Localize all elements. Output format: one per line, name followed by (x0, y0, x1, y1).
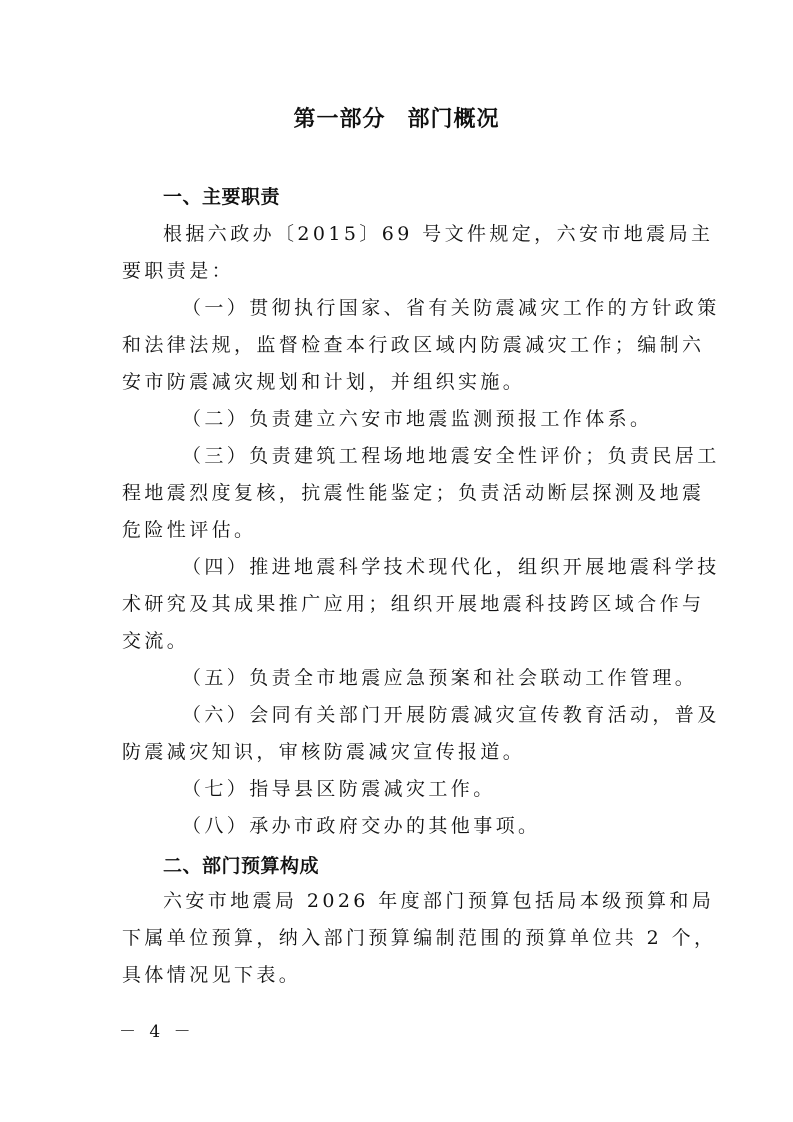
paragraph-line: 要职责是： (122, 259, 682, 283)
paragraph-line: 根据六政办〔2015〕69 号文件规定，六安市地震局主 (163, 222, 723, 246)
paragraph-line: 程地震烈度复核，抗震性能鉴定；负责活动断层探测及地震 (122, 481, 682, 505)
paragraph-line: 交流。 (122, 629, 682, 653)
section-heading-budget-structure: 二、部门预算构成 (163, 851, 319, 878)
paragraph-line: 六安市地震局 2026 年度部门预算包括局本级预算和局 (163, 889, 723, 913)
paragraph-line: （八）承办市政府交办的其他事项。 (182, 814, 742, 838)
page-number: － 4 － (119, 1017, 195, 1042)
paragraph-line: （四）推进地震科学技术现代化，组织开展地震科学技 (182, 555, 742, 579)
title-part: 第一部分 (293, 107, 385, 132)
paragraph-line: 和法律法规，监督检查本行政区域内防震减灾工作；编制六 (122, 333, 682, 357)
paragraph-line: 防震减灾知识，审核防震减灾宣传报道。 (122, 740, 682, 764)
paragraph-line: 下属单位预算，纳入部门预算编制范围的预算单位共 2 个， (122, 926, 682, 950)
paragraph-line: （二）负责建立六安市地震监测预报工作体系。 (182, 407, 742, 431)
paragraph-line: 具体情况见下表。 (122, 963, 682, 987)
paragraph-line: （五）负责全市地震应急预案和社会联动工作管理。 (182, 666, 742, 690)
title-name: 部门概况 (408, 107, 500, 132)
paragraph-line: 安市防震减灾规划和计划，并组织实施。 (122, 370, 682, 394)
paragraph-line: 术研究及其成果推广应用；组织开展地震科技跨区域合作与 (122, 592, 682, 616)
section-heading-duties: 一、主要职责 (163, 182, 280, 209)
paragraph-line: （六）会同有关部门开展防震减灾宣传教育活动，普及 (182, 703, 742, 727)
document-page: 第一部分部门概况 一、主要职责 根据六政办〔2015〕69 号文件规定，六安市地… (0, 0, 793, 1122)
paragraph-line: 危险性评估。 (122, 518, 682, 542)
paragraph-line: （三）负责建筑工程场地地震安全性评价；负责民居工 (182, 444, 742, 468)
paragraph-line: （七）指导县区防震减灾工作。 (182, 777, 742, 801)
paragraph-line: （一）贯彻执行国家、省有关防震减灾工作的方针政策 (182, 296, 742, 320)
page-title: 第一部分部门概况 (0, 102, 793, 133)
